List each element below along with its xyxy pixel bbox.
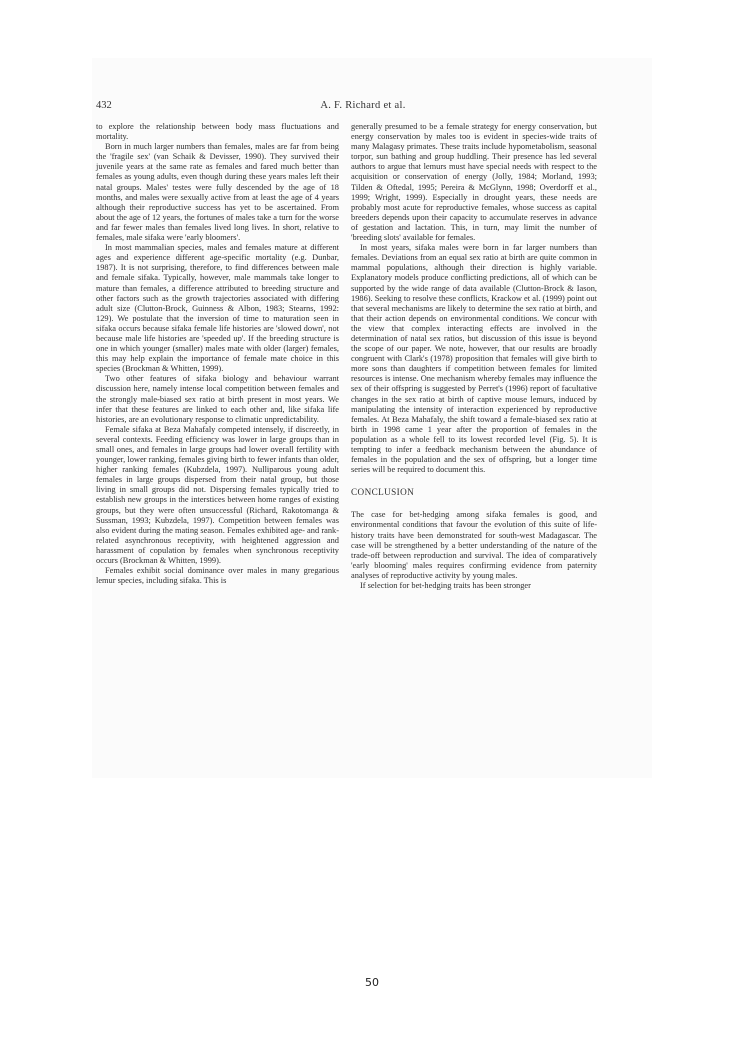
paragraph: The case for bet-hedging among sifaka fe… — [351, 510, 597, 581]
paragraph: Female sifaka at Beza Mahafaly competed … — [96, 425, 339, 566]
right-column: generally presumed to be a female strate… — [351, 122, 597, 591]
section-heading: CONCLUSION — [351, 487, 597, 497]
paragraph: generally presumed to be a female strate… — [351, 122, 597, 243]
paragraph: Born in much larger numbers than females… — [96, 142, 339, 243]
paragraph: to explore the relationship between body… — [96, 122, 339, 142]
paragraph: In most years, sifaka males were born in… — [351, 243, 597, 475]
running-head: A. F. Richard et al. — [96, 100, 630, 111]
page-header: 432 A. F. Richard et al. — [96, 100, 630, 114]
paragraph: Two other features of sifaka biology and… — [96, 374, 339, 424]
footer-page-number: 50 — [0, 976, 744, 989]
paragraph: In most mammalian species, males and fem… — [96, 243, 339, 374]
paragraph: If selection for bet-hedging traits has … — [351, 581, 597, 591]
left-column: to explore the relationship between body… — [96, 122, 339, 586]
paragraph: Females exhibit social dominance over ma… — [96, 566, 339, 586]
